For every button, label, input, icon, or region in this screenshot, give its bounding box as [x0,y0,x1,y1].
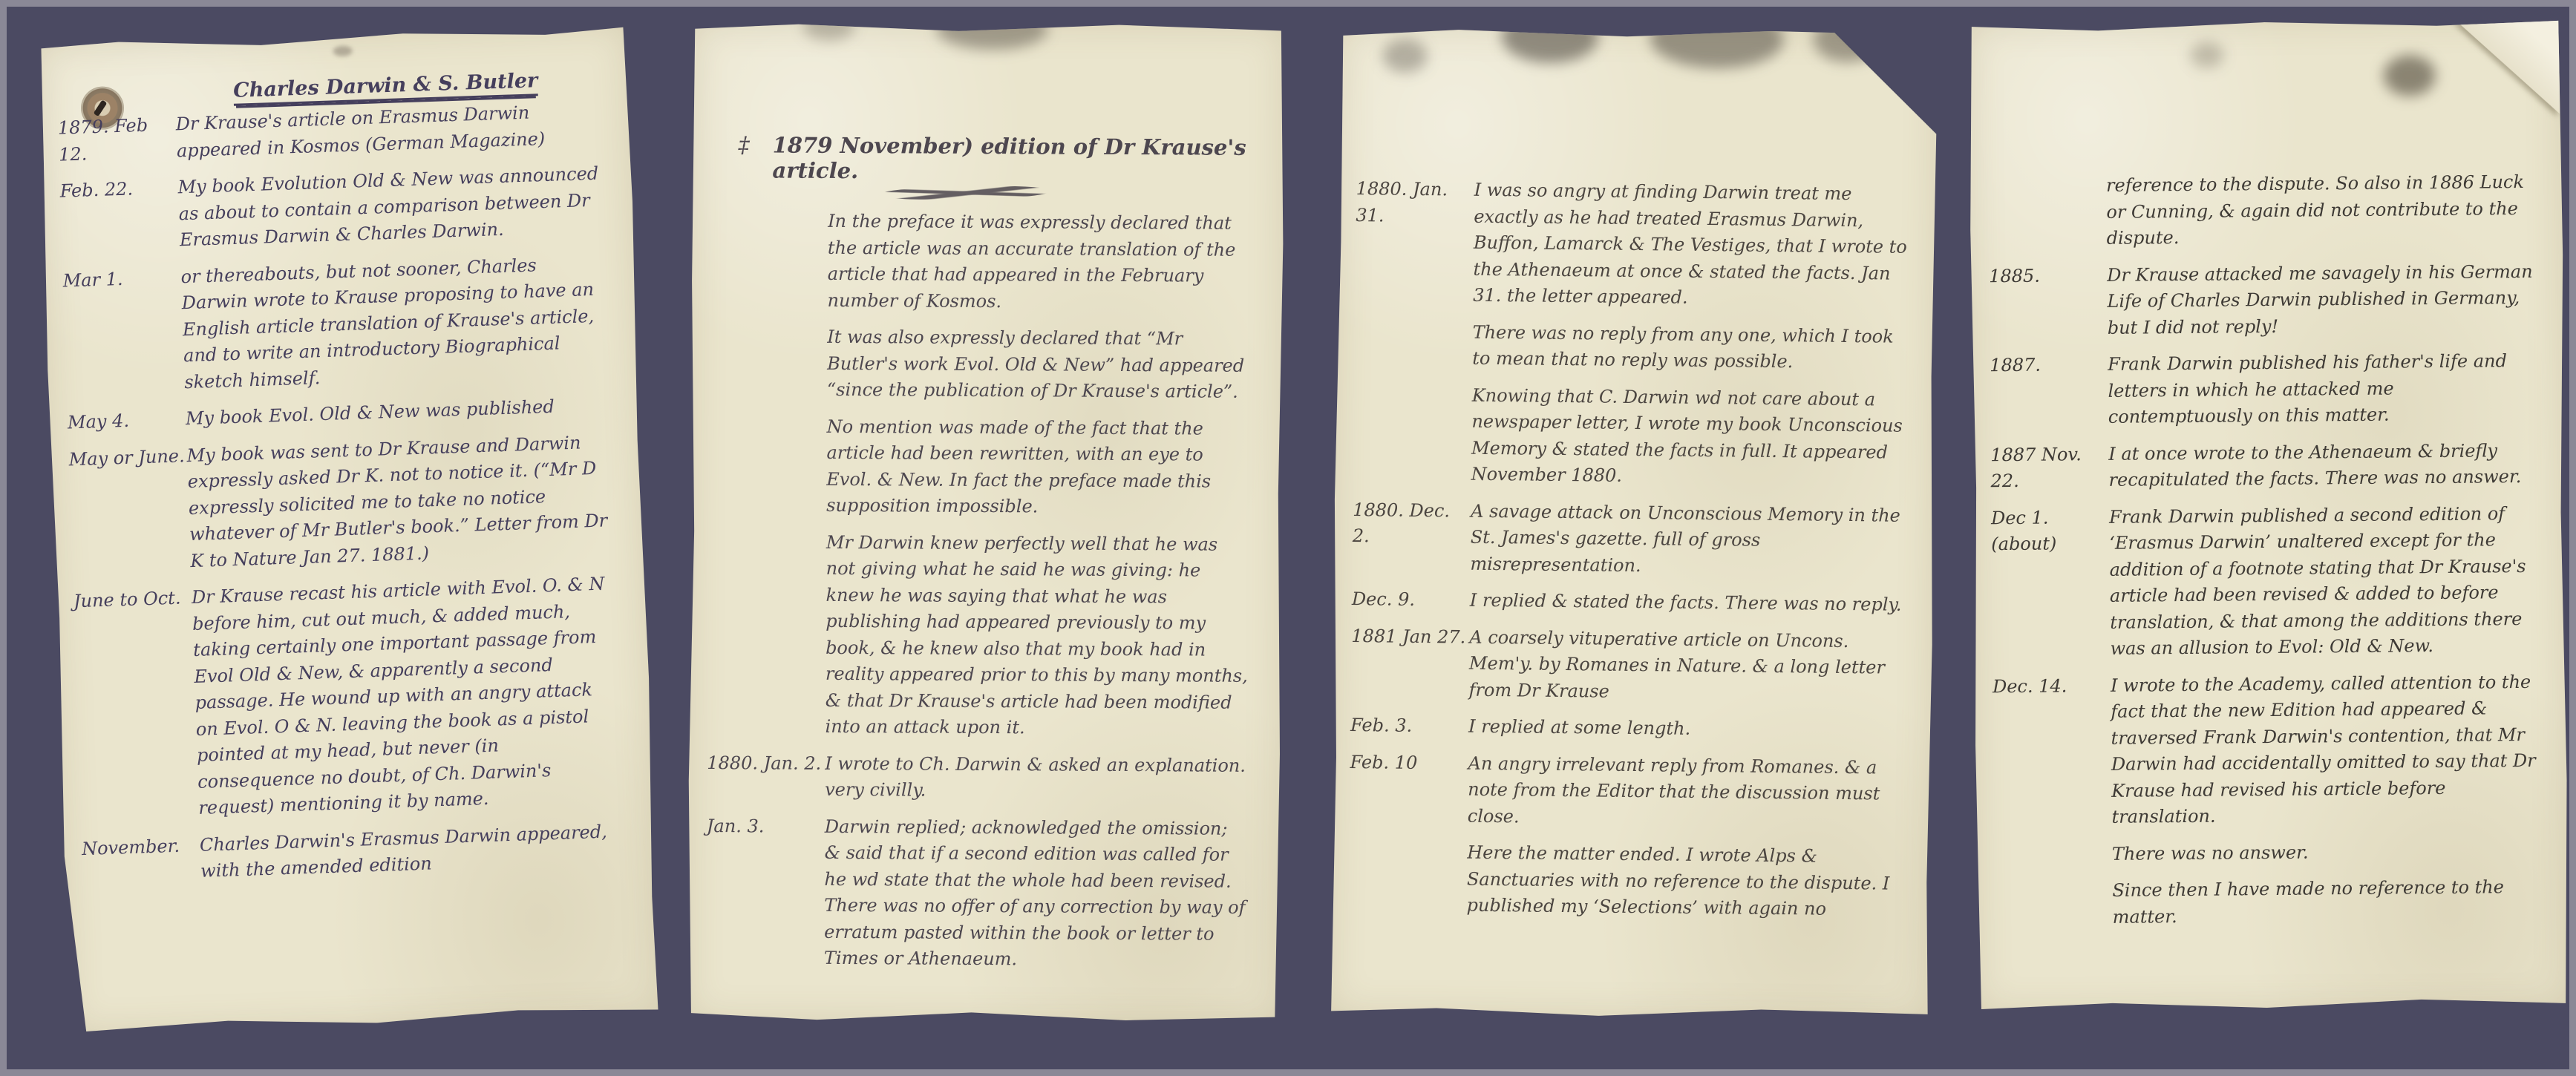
entry-date: Feb. 3. [1331,712,1468,740]
manuscript-entry: 1885.Dr Krause attacked me savagely in h… [1969,258,2560,342]
entry-text: Dr Krause's article on Erasmus Darwin ap… [175,96,624,164]
entry-date [690,413,827,414]
manuscript-entry: Feb. 10An angry irrelevant reply from Ro… [1330,749,1928,835]
entry-date: Jan. 3. [687,813,825,840]
entry-text: Frank Darwin published a second edition … [2109,500,2563,662]
manuscript-entry: There was no answer. [1975,837,2564,868]
entry-text: I replied at some length. [1468,714,1928,745]
entry-text: In the preface it was expressly declared… [827,209,1277,316]
manuscript-entry: 1880. Dec. 2.A savage attack on Unconsci… [1333,496,1930,582]
page-2-entries: In the preface it was expressly declared… [687,208,1277,974]
entry-text: No mention was made of the fact that the… [826,413,1276,521]
page-1-entries: 1879. Feb 12.Dr Krause's article on Eras… [38,96,648,889]
entry-text: Mr Darwin knew perfectly well that he wa… [825,530,1275,743]
entry-date [1975,842,2112,843]
circled-page-number: 3 [1753,24,1794,33]
manuscript-entry: Knowing that C. Darwin wd not care about… [1333,381,1931,492]
entry-text: or thereabouts, but not sooner, Charles … [180,249,632,396]
entry-text: Since then I have made no reference to t… [2112,874,2565,931]
entry-text: I wrote to Ch. Darwin & asked an explana… [825,751,1274,806]
entry-text: My book was sent to Dr Krause and Darwin… [186,428,638,574]
manuscript-entry: Dec. 14.I wrote to the Academy, called a… [1973,669,2564,832]
entry-text: My book Evolution Old & New was announce… [177,160,627,253]
manuscript-entry: It was also expressly declared that “Mr … [690,324,1277,406]
entry-date: Dec. 14. [1973,673,2111,701]
entry-text: Knowing that C. Darwin wd not care about… [1471,382,1931,493]
entry-text: An angry irrelevant reply from Romanes. … [1468,750,1928,834]
entry-date: 1880. Jan. 31. [1336,176,1474,230]
entry-date: 1881 Jan 27. [1332,623,1469,650]
manuscript-entry: Feb. 22.My book Evolution Old & New was … [40,160,627,258]
entry-text: Darwin replied; acknowledged the omissio… [824,814,1274,974]
entry-date [1336,318,1473,319]
entry-text: Frank Darwin published his father's life… [2108,348,2560,431]
page-3-surface: 3 1880. Jan. 31.I was so angry at findin… [1328,24,1940,1021]
manuscript-entry: There was no reply from any one, which I… [1335,318,1932,376]
entry-date [1335,381,1472,382]
manuscript-entry: 1881 Jan 27.A coarsely vituperative arti… [1331,623,1929,708]
entry-text: Charles Darwin's Erasmus Darwin appeared… [199,818,648,885]
entry-date: Dec 1. (about) [1972,505,2110,559]
page-2-heading-text: 1879 November) edition of Dr Krause's ar… [772,132,1277,186]
manuscript-entry: Dec 1. (about)Frank Darwin published a s… [1972,500,2563,663]
manuscript-entry: No mention was made of the fact that the… [689,413,1276,522]
page-4-surface: 4 reference to the dispute. So also in 1… [1967,17,2570,1014]
page-title: Charles Darwin & S. Butler [193,68,578,103]
entry-text: My book Evol. Old & New was published [185,391,633,432]
manuscript-entry: Since then I have made no reference to t… [1975,874,2565,932]
photograph-of-manuscript-pages: Charles Darwin & S. Butler 1879. Feb 12.… [0,0,2576,1076]
manuscript-entry: May or June.My book was sent to Dr Kraus… [49,428,638,580]
manuscript-entry: June to Oct.Dr Krause recast his article… [53,570,646,827]
entry-date: 1887. [1970,352,2108,379]
manuscript-entry: In the preface it was expressly declared… [690,208,1277,316]
manuscript-entry: reference to the dispute. So also in 188… [1969,169,2559,253]
manuscript-page-3: 3 1880. Jan. 31.I was so angry at findin… [1328,24,1940,1021]
entry-text: Here the matter ended. I wrote Alps & Sa… [1466,840,1926,924]
manuscript-page-4: 4 reference to the dispute. So also in 1… [1967,17,2570,1014]
entry-date: Feb. 10 [1330,749,1468,777]
manuscript-page-2: 2 ‡ 1879 November) edition of Dr Krause'… [686,21,1285,1024]
page-4-entries: reference to the dispute. So also in 188… [1969,169,2565,932]
entry-text: Dr Krause attacked me savagely in his Ge… [2107,258,2560,341]
manuscript-entry: 1887.Frank Darwin published his father's… [1970,348,2560,432]
entry-date [690,324,827,324]
entry-date [689,529,826,530]
entry-text: It was also expressly declared that “Mr … [827,324,1277,406]
manuscript-page-1: Charles Darwin & S. Butler 1879. Feb 12.… [36,23,661,1035]
entry-date: 1887 Nov. 22. [1971,442,2109,496]
entry-date: 1880. Dec. 2. [1333,496,1471,551]
page-3-entries: 1880. Jan. 31.I was so angry at finding … [1329,176,1933,924]
entry-text: A coarsely vituperative article on Uncon… [1468,624,1929,708]
entry-text: A savage attack on Unconscious Memory in… [1470,498,1930,582]
entry-date: Mar 1. [43,264,181,295]
entry-date: June to Oct. [53,585,192,616]
entry-text: I replied & stated the facts. There was … [1470,588,1929,619]
manuscript-entry: Jan. 3.Darwin replied; acknowledged the … [687,813,1274,974]
entry-date [1330,839,1468,840]
manuscript-entry: Mr Darwin knew perfectly well that he wa… [687,529,1275,743]
entry-text: I at once wrote to the Athenaeum & brief… [2108,437,2561,493]
entry-date: May 4. [48,406,186,437]
manuscript-entry: 1880. Jan. 2.I wrote to Ch. Darwin & ask… [687,750,1274,806]
manuscript-entry: November.Charles Darwin's Erasmus Darwin… [62,818,649,890]
entry-date [1975,878,2112,879]
entry-text: reference to the dispute. So also in 188… [2106,169,2559,252]
circled-page-number: 4 [2314,17,2356,26]
entry-text: I was so angry at finding Darwin treat m… [1473,177,1934,314]
manuscript-entry: Here the matter ended. I wrote Alps & Sa… [1329,839,1926,924]
entry-text: I wrote to the Academy, called attention… [2111,669,2564,830]
manuscript-entry: May 4.My book Evol. Old & New was publis… [48,391,633,437]
manuscript-entry: 1887 Nov. 22.I at once wrote to the Athe… [1971,437,2561,495]
entry-date: November. [62,833,200,864]
entry-date: 1885. [1969,262,2107,289]
entry-date: Dec. 9. [1333,586,1470,614]
page-2-surface: 2 ‡ 1879 November) edition of Dr Krause'… [686,21,1285,1024]
manuscript-entry: Feb. 3.I replied at some length. [1331,712,1928,745]
entry-date: 1880. Jan. 2. [687,750,825,777]
manuscript-entry: Mar 1.or thereabouts, but not sooner, Ch… [43,249,632,401]
manuscript-entry: 1879. Feb 12.Dr Krause's article on Eras… [38,96,624,168]
entry-date: Feb. 22. [40,174,178,206]
entry-date [690,208,828,209]
entry-text: There was no answer. [2112,837,2564,867]
page-1-surface: Charles Darwin & S. Butler 1879. Feb 12.… [36,23,661,1035]
struck-out-words [880,185,1050,200]
entry-text: Dr Krause recast his article with Evol. … [191,570,646,821]
circled-page-number: 2 [1030,21,1070,27]
entry-text: There was no reply from any one, which I… [1472,319,1932,377]
manuscript-entry: 1880. Jan. 31.I was so angry at finding … [1336,176,1934,314]
manuscript-entry: Dec. 9.I replied & stated the facts. The… [1333,586,1929,619]
entry-date: May or June. [49,443,187,474]
page-2-heading: ‡ 1879 November) edition of Dr Krause's … [738,132,1277,186]
reference-mark: ‡ [739,132,773,158]
entry-date: 1879. Feb 12. [38,111,177,168]
entry-date [1969,173,2106,174]
